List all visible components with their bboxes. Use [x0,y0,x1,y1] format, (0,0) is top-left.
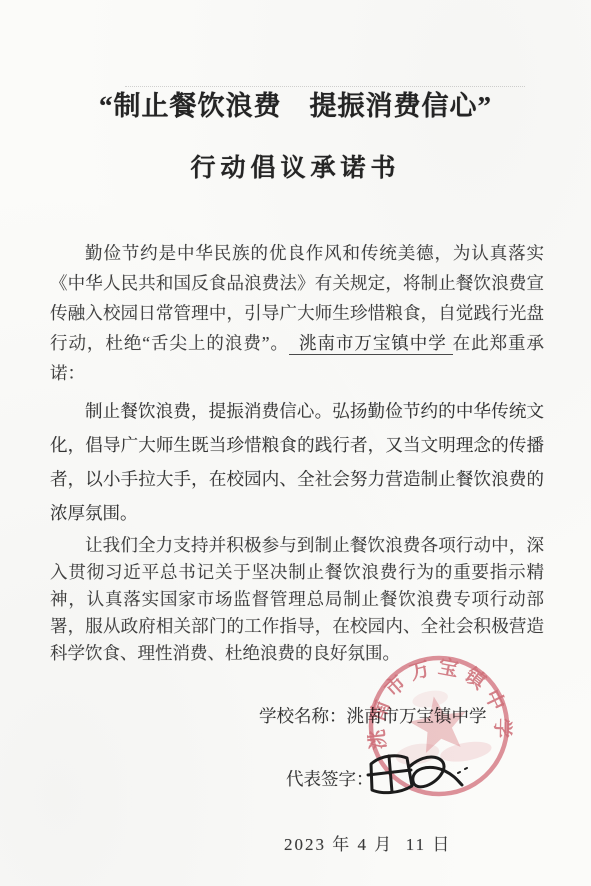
school-name-value: 洮南市万宝镇中学 [347,706,487,726]
school-name-label: 学校名称： [259,706,347,726]
date-line: 2023 年 4 月 11 日 [284,830,451,855]
scanned-commitment-letter: “制止餐饮浪费 提振消费信心” 行动倡议承诺书 勤俭节约是中华民族的优良作风和传… [0,0,591,886]
school-name-line: 学校名称：洮南市万宝镇中学 [259,703,487,728]
paragraph-intro: 勤俭节约是中华民族的优良作风和传统美德，为认真落实《中华人民共和国反食品浪费法》… [50,238,544,388]
school-name-fill-in: 洮南市万宝镇中学 [289,333,453,355]
paragraph-pledge: 制止餐饮浪费，提振消费信心。弘扬勤俭节约的中华传统文化，倡导广大师生既当珍惜粮食… [50,394,544,530]
handwritten-signature-icon [355,744,477,808]
document-title: “制止餐饮浪费 提振消费信心” [0,84,591,123]
paragraph-action: 让我们全力支持并积极参与到制止餐饮浪费各项行动中，深入贯彻习近平总书记关于坚决制… [50,532,544,667]
document-subtitle: 行动倡议承诺书 [0,148,591,184]
